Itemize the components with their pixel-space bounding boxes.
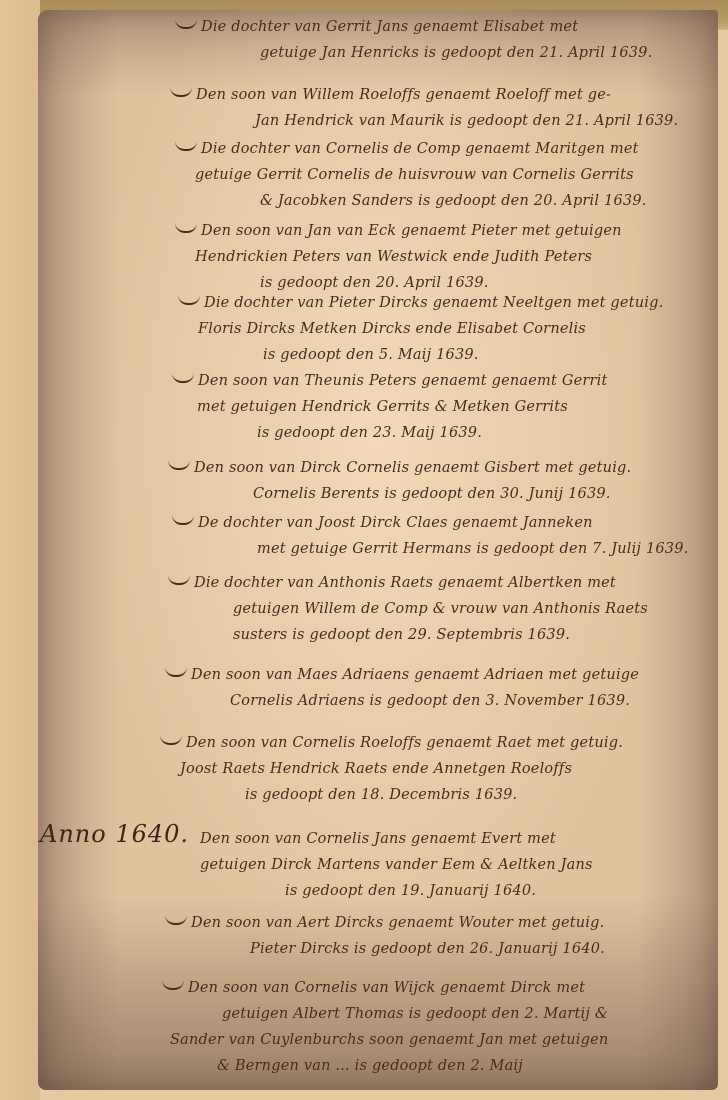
entry-line: Den soon van Theunis Peters genaemt gena…: [198, 373, 608, 389]
entry-line: Cornelis Berents is gedoopt den 30. Juni…: [168, 481, 631, 507]
baptism-entry: Den soon van Cornelis Jans genaemt Evert…: [200, 826, 593, 904]
entry-line: Floris Dircks Metken Dircks ende Elisabe…: [178, 316, 663, 342]
flourish-mark: [172, 371, 194, 383]
baptism-entry: Die dochter van Anthonis Raets genaemt A…: [168, 570, 648, 648]
flourish-mark: [170, 85, 192, 97]
entry-line: Hendrickien Peters van Westwick ende Jud…: [175, 244, 622, 270]
entry-line: Den soon van Dirck Cornelis genaemt Gisb…: [194, 460, 631, 476]
flourish-mark: [168, 573, 190, 585]
flourish-mark: [168, 458, 190, 470]
entry-line: getuigen Albert Thomas is gedoopt den 2.…: [162, 1001, 608, 1027]
entry-line: getuigen Willem de Comp & vrouw van Anth…: [168, 596, 648, 622]
entry-line: Die dochter van Pieter Dircks genaemt Ne…: [204, 295, 663, 311]
baptism-entry: Die dochter van Gerrit Jans genaemt Elis…: [175, 14, 652, 66]
entry-line: Den soon van Cornelis Jans genaemt Evert…: [200, 831, 556, 847]
entry-line: Den soon van Maes Adriaens genaemt Adria…: [191, 667, 639, 683]
flourish-mark: [172, 513, 194, 525]
entry-line: met getuige Gerrit Hermans is gedoopt de…: [172, 536, 688, 562]
entry-line: & Berngen van ... is gedoopt den 2. Maij: [162, 1053, 608, 1079]
flourish-mark: [160, 733, 182, 745]
entry-line: susters is gedoopt den 29. Septembris 16…: [168, 622, 648, 648]
entry-line: met getuigen Hendrick Gerrits & Metken G…: [172, 394, 608, 420]
entry-line: is gedoopt den 18. Decembris 1639.: [160, 782, 623, 808]
baptism-entry: Den soon van Cornelis van Wijck genaemt …: [162, 975, 608, 1079]
baptism-entry: Den soon van Maes Adriaens genaemt Adria…: [165, 662, 639, 714]
baptism-entry: Die dochter van Cornelis de Comp genaemt…: [175, 136, 647, 214]
baptism-entry: Die dochter van Pieter Dircks genaemt Ne…: [178, 290, 663, 368]
entry-line: Den soon van Aert Dircks genaemt Wouter …: [191, 915, 604, 931]
baptism-entry: Den soon van Jan van Eck genaemt Pieter …: [175, 218, 622, 296]
flourish-mark: [162, 978, 184, 990]
flourish-mark: [165, 665, 187, 677]
baptism-entry: Den soon van Cornelis Roeloffs genaemt R…: [160, 730, 623, 808]
flourish-mark: [175, 17, 197, 29]
entry-line: Die dochter van Cornelis de Comp genaemt…: [201, 141, 639, 157]
baptism-entry: De dochter van Joost Dirck Claes genaemt…: [172, 510, 688, 562]
entry-line: Den soon van Willem Roeloffs genaemt Roe…: [196, 87, 611, 103]
entry-line: De dochter van Joost Dirck Claes genaemt…: [198, 515, 593, 531]
entry-line: is gedoopt den 5. Maij 1639.: [178, 342, 663, 368]
flourish-mark: [165, 913, 187, 925]
entry-line: Joost Raets Hendrick Raets ende Annetgen…: [160, 756, 623, 782]
entry-line: is gedoopt den 19. Januarij 1640.: [200, 878, 593, 904]
entry-line: Den soon van Cornelis van Wijck genaemt …: [188, 980, 585, 996]
entry-line: Die dochter van Gerrit Jans genaemt Elis…: [201, 19, 578, 35]
entry-line: Den soon van Cornelis Roeloffs genaemt R…: [186, 735, 623, 751]
photo-backdrop-left: [0, 0, 40, 1100]
baptism-entry: Den soon van Theunis Peters genaemt gena…: [172, 368, 608, 446]
entry-line: Die dochter van Anthonis Raets genaemt A…: [194, 575, 616, 591]
entry-line: Den soon van Jan van Eck genaemt Pieter …: [201, 223, 622, 239]
entry-line: Sander van Cuylenburchs soon genaemt Jan…: [162, 1027, 608, 1053]
baptism-entry: Den soon van Aert Dircks genaemt Wouter …: [165, 910, 605, 962]
flourish-mark: [175, 221, 197, 233]
flourish-mark: [178, 293, 200, 305]
entry-line: Jan Hendrick van Maurik is gedoopt den 2…: [170, 108, 678, 134]
entry-line: & Jacobken Sanders is gedoopt den 20. Ap…: [175, 188, 647, 214]
baptism-entry: Den soon van Dirck Cornelis genaemt Gisb…: [168, 455, 631, 507]
baptism-entry: Den soon van Willem Roeloffs genaemt Roe…: [170, 82, 678, 134]
year-heading: Anno 1640.: [40, 820, 189, 848]
entry-line: getuige Gerrit Cornelis de huisvrouw van…: [175, 162, 647, 188]
entry-line: getuigen Dirck Martens vander Eem & Aelt…: [200, 852, 593, 878]
entry-line: getuige Jan Henricks is gedoopt den 21. …: [175, 40, 652, 66]
entry-line: is gedoopt den 23. Maij 1639.: [172, 420, 608, 446]
entry-line: Pieter Dircks is gedoopt den 26. Januari…: [165, 936, 605, 962]
flourish-mark: [175, 139, 197, 151]
entry-line: Cornelis Adriaens is gedoopt den 3. Nove…: [165, 688, 639, 714]
